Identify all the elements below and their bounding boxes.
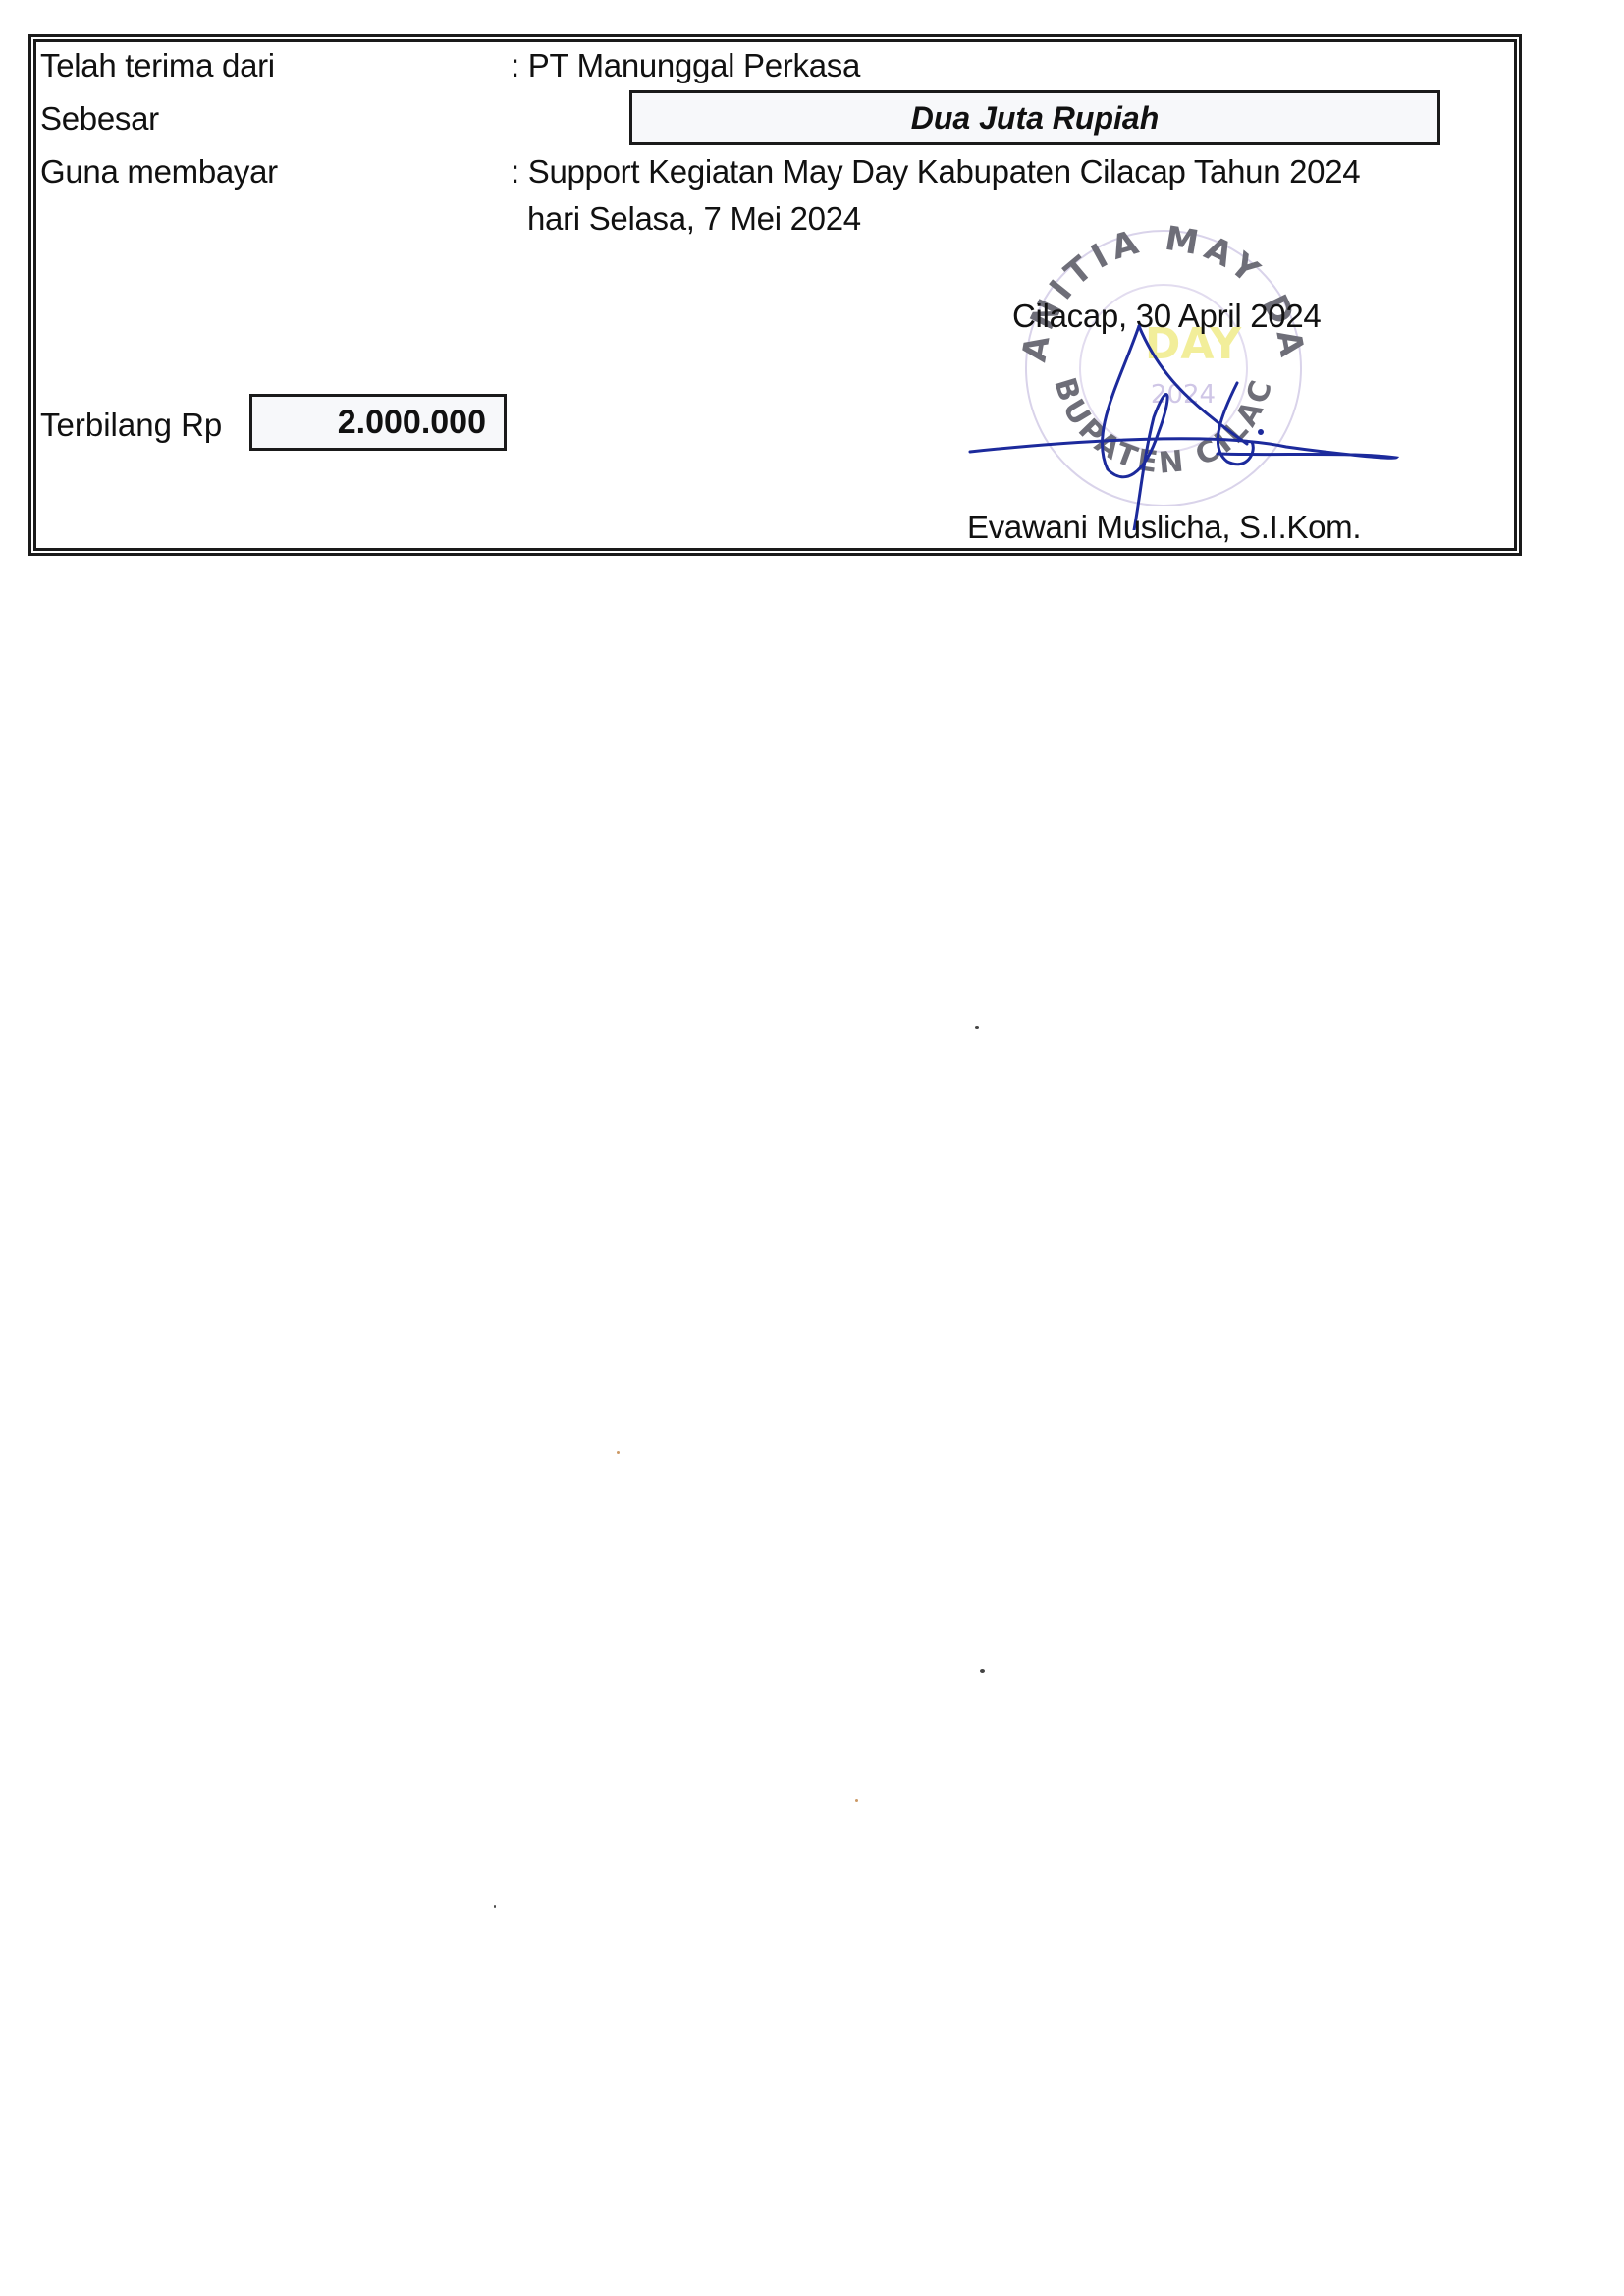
- amount-figure: 2.000.000: [338, 404, 486, 442]
- place-date: Cilacap, 30 April 2024: [1012, 300, 1321, 332]
- purpose-label: Guna membayar: [40, 155, 278, 188]
- amount-label: Sebesar: [40, 102, 159, 135]
- scan-speck: [980, 1669, 985, 1673]
- amount-words: Dua Juta Rupiah: [911, 100, 1159, 137]
- amount-figure-label: Terbilang Rp: [40, 407, 222, 444]
- scan-speck: [617, 1451, 620, 1454]
- scan-speck: [975, 1026, 979, 1029]
- signatory-name: Evawani Muslicha, S.I.Kom.: [967, 511, 1361, 543]
- purpose-line-1: : Support Kegiatan May Day Kabupaten Cil…: [511, 155, 1360, 188]
- amount-words-box: Dua Juta Rupiah: [629, 90, 1440, 145]
- scan-speck: [855, 1799, 858, 1802]
- amount-figure-box: 2.000.000: [249, 394, 507, 451]
- received-from-value: : PT Manunggal Perkasa: [511, 49, 860, 82]
- scan-speck: [494, 1905, 496, 1908]
- received-from-label: Telah terima dari: [40, 49, 275, 82]
- purpose-line-2: hari Selasa, 7 Mei 2024: [527, 202, 861, 235]
